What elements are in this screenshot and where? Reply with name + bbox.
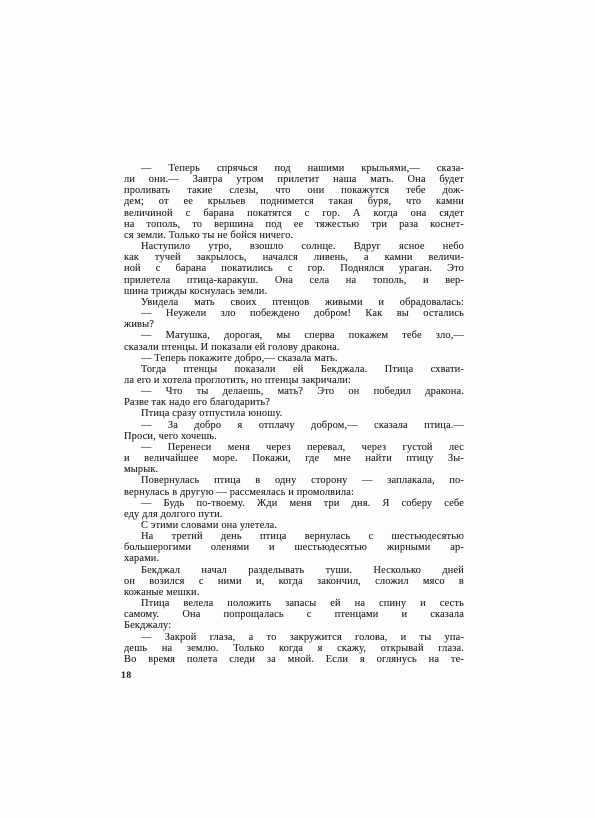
book-page: — Теперь спрячься под нашими крыльями,— … — [0, 0, 595, 818]
text-line: проливать такие слезы, что они покажутся… — [124, 185, 464, 196]
text-line: прилетела птица-каракуш. Она села на топ… — [124, 275, 464, 286]
text-line: вернулась в другую — рассмеялась и промо… — [124, 487, 464, 498]
text-line: он возился с ними и, когда закончил, сло… — [124, 576, 464, 587]
text-line: самому. Она попрощалась с птенцами и ска… — [124, 609, 464, 620]
text-line: Проси, чего хочешь. — [124, 431, 464, 442]
text-line: — Что ты делаешь, мать? Это он победил д… — [124, 386, 464, 397]
text-line: Разве так надо его благодарить? — [124, 397, 464, 408]
text-line: — Неужели зло побеждено добром! Как вы о… — [124, 308, 464, 319]
text-line: Повернулась птица в одну сторону — запла… — [124, 475, 464, 486]
text-line: ся земли. Только ты не бойся ничего. — [124, 230, 464, 241]
text-line: дешь на землю. Только когда я скажу, отк… — [124, 643, 464, 654]
text-line: шина трижды коснулась земли. — [124, 286, 464, 297]
text-line: Бекджалу: — [124, 620, 464, 631]
text-block: — Теперь спрячься под нашими крыльями,— … — [124, 163, 464, 665]
text-line: мырык. — [124, 464, 464, 475]
text-line: Наступило утро, взошло солнце. Вдруг ясн… — [124, 241, 464, 252]
text-line: — За добро я отплачу добром,— сказала пт… — [124, 420, 464, 431]
text-line: живы? — [124, 319, 464, 330]
text-line: — Теперь спрячься под нашими крыльями,— … — [124, 163, 464, 174]
text-line: еду для долгого пути. — [124, 509, 464, 520]
text-line: Тогда птенцы показали ей Бекджала. Птица… — [124, 364, 464, 375]
text-line: дем; от ее крыльев поднимется такая буря… — [124, 196, 464, 207]
text-line: Во время полета следи за мной. Если я ог… — [124, 654, 464, 665]
text-line: — Будь по-твоему. Жди меня три дня. Я со… — [124, 498, 464, 509]
text-line: на тополь, то вершина под ее тяжестью тр… — [124, 219, 464, 230]
text-line: — Теперь покажите добро,— сказала мать. — [124, 353, 464, 364]
text-line: и величайшее море. Покажи, где мне найти… — [124, 453, 464, 464]
text-line: С этими словами она улетела. — [124, 520, 464, 531]
text-line: ной с барана покатились с гор. Поднялся … — [124, 263, 464, 274]
text-line: кожаные мешки. — [124, 587, 464, 598]
text-line: На третий день птица вернулась с шестьюд… — [124, 531, 464, 542]
text-line: как тучей закрылось, начался ливень, а к… — [124, 252, 464, 263]
text-line: ли они.— Завтра утром прилетит наша мать… — [124, 174, 464, 185]
text-line: — Перенеси меня через перевал, через гус… — [124, 442, 464, 453]
text-line: — Матушка, дорогая, мы сперва покажем те… — [124, 330, 464, 341]
text-line: ла его и хотела проглотить, но птенцы за… — [124, 375, 464, 386]
page-number: 18 — [121, 671, 132, 681]
text-line: Бекджал начал разделывать туши. Нескольк… — [124, 565, 464, 576]
text-line: величиной с барана покатятся с гор. А ко… — [124, 208, 464, 219]
text-line: Увидела мать своих птенцов живыми и обра… — [124, 297, 464, 308]
text-line: — Закрой глаза, а то закружится голова, … — [124, 632, 464, 643]
text-line: Птица сразу отпустила юношу. — [124, 408, 464, 419]
text-line: большерогими оленями и шестьюдесятью жир… — [124, 542, 464, 553]
text-line: Птица велела положить запасы ей на спину… — [124, 598, 464, 609]
text-line: сказали птенцы. И показали ей голову дра… — [124, 342, 464, 353]
text-line: харами. — [124, 553, 464, 564]
